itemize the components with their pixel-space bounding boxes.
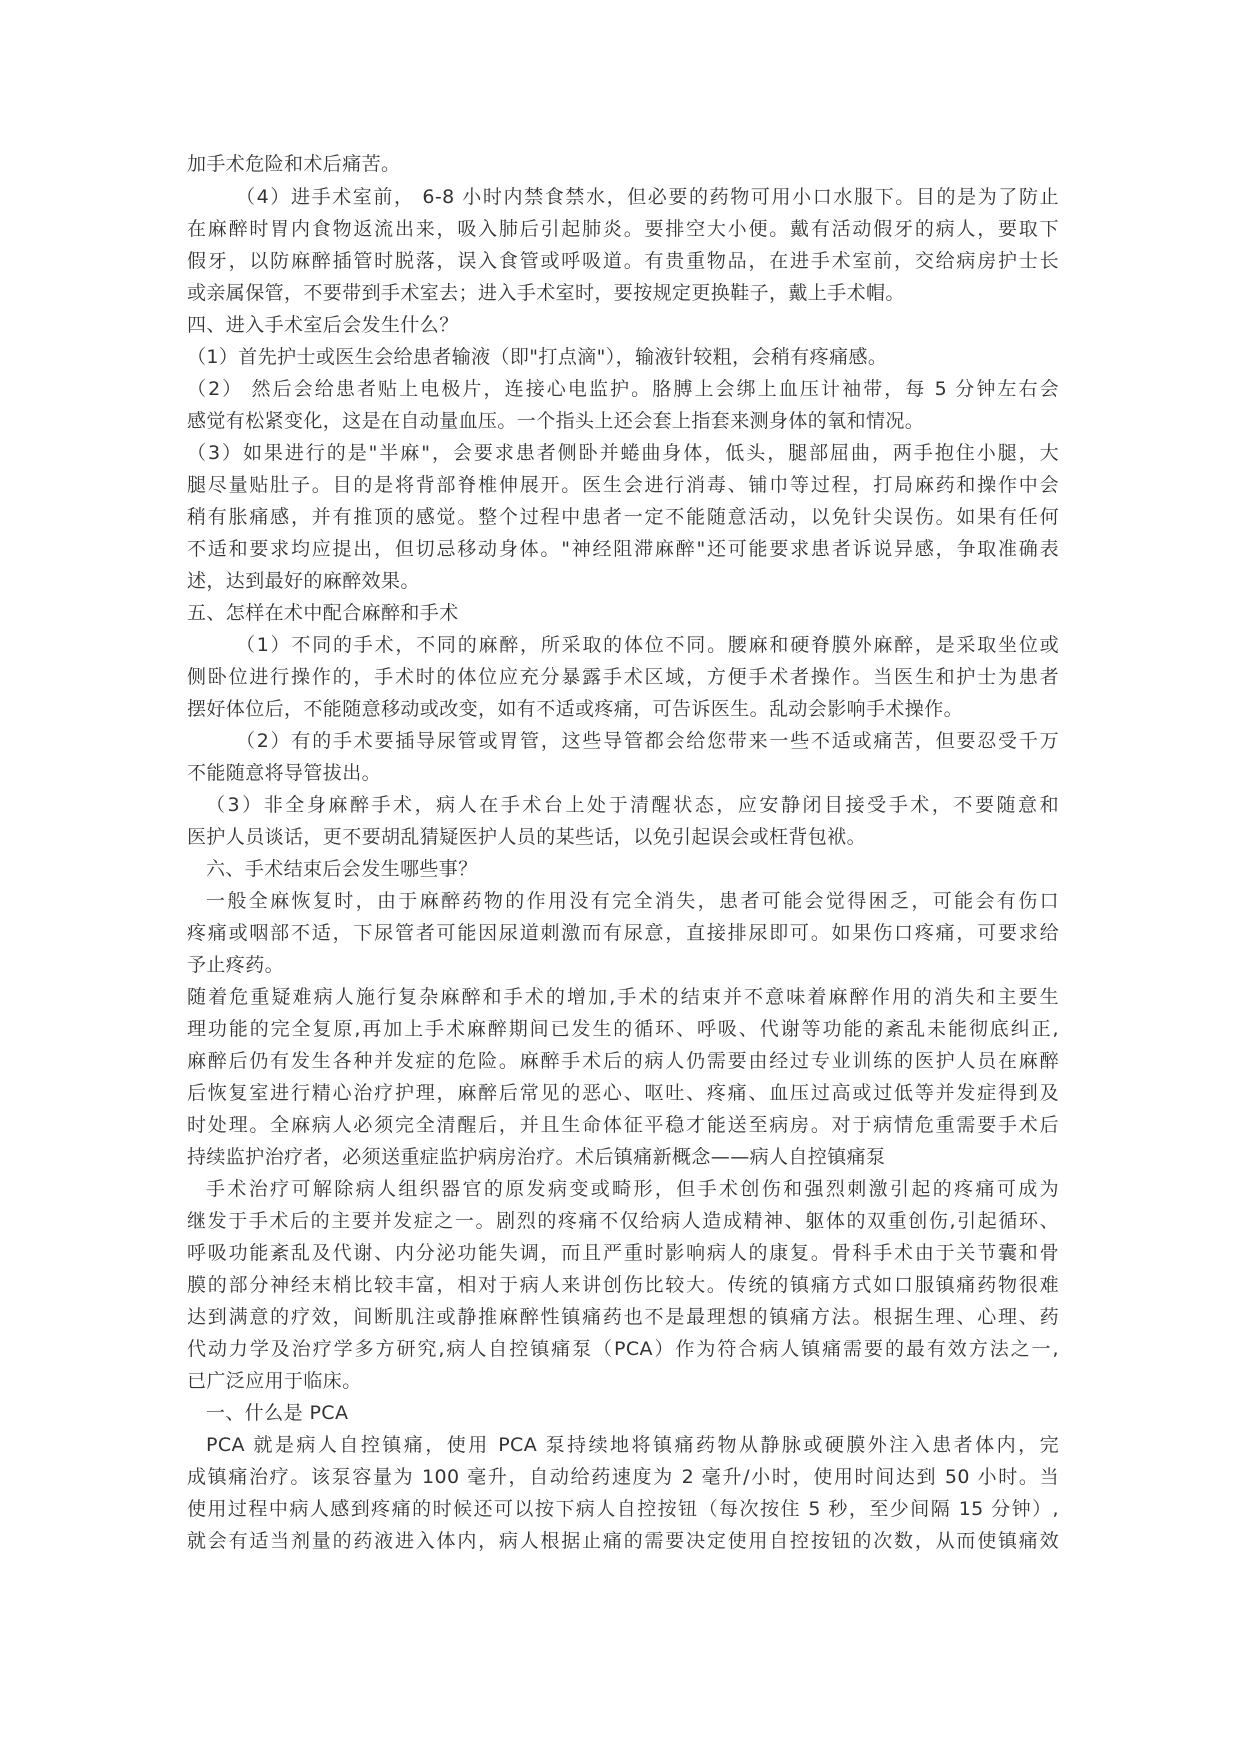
paragraph-line: 或亲属保管，不要带到手术室去；进入手术室时，要按规定更换鞋子，戴上手术帽。 (187, 277, 1059, 309)
paragraph-line: 不能随意将导管拔出。 (187, 757, 1059, 789)
paragraph-line: 已广泛应用于临床。 (187, 1365, 1059, 1397)
paragraph-line: 医护人员谈话，更不要胡乱猜疑医护人员的某些话，以免引起误会或枉背包袱。 (187, 821, 1059, 853)
paragraph-line: 腿尽量贴肚子。目的是将背部脊椎伸展开。医生会进行消毒、铺巾等过程，打局麻药和操作… (187, 469, 1059, 501)
paragraph-line: 成镇痛治疗。该泵容量为 100 毫升，自动给药速度为 2 毫升/小时，使用时间达… (187, 1461, 1059, 1493)
paragraph-line: 手术治疗可解除病人组织器官的原发病变或畸形，但手术创伤和强烈刺激引起的疼痛可成为 (206, 1173, 1059, 1205)
paragraph-line: 使用过程中病人感到疼痛的时候还可以按下病人自控按钮（每次按住 5 秒，至少间隔 … (187, 1493, 1059, 1525)
paragraph-line: 达到满意的疗效，间断肌注或静推麻醉性镇痛药也不是最理想的镇痛方法。根据生理、心理… (187, 1301, 1059, 1333)
paragraph-line: 摆好体位后，不能随意移动或改变，如有不适或疼痛，可告诉医生。乱动会影响手术操作。 (187, 693, 1059, 725)
paragraph-line: 继发于手术后的主要并发症之一。剧烈的疼痛不仅给病人造成精神、躯体的双重创伤,引起… (187, 1205, 1059, 1237)
paragraph-line: 就会有适当剂量的药液进入体内，病人根据止痛的需要决定使用自控按钮的次数，从而使镇… (187, 1525, 1059, 1557)
section-heading: 四、进入手术室后会发生什么？ (187, 309, 1059, 341)
paragraph-line: （2）有的手术要插导尿管或胃管，这些导管都会给您带来一些不适或痛苦，但要忍受千万 (236, 725, 1059, 757)
paragraph-line: （3）如果进行的是"半麻"，会要求患者侧卧并蜷曲身体，低头，腿部屈曲，两手抱住小… (187, 437, 1059, 469)
paragraph-line: 感觉有松紧变化，这是在自动量血压。一个指头上还会套上指套来测身体的氧和情况。 (187, 405, 1059, 437)
paragraph-line: 膜的部分神经末梢比较丰富，相对于病人来讲创伤比较大。传统的镇痛方式如口服镇痛药物… (187, 1269, 1059, 1301)
paragraph-line: 代动力学及治疗学多方研究,病人自控镇痛泵（PCA）作为符合病人镇痛需要的最有效方… (187, 1333, 1059, 1365)
paragraph-line: PCA 就是病人自控镇痛，使用 PCA 泵持续地将镇痛药物从静脉或硬膜外注入患者… (206, 1429, 1059, 1461)
paragraph-line: 持续监护治疗者，必须送重症监护病房治疗。术后镇痛新概念——病人自控镇痛泵 (187, 1141, 1059, 1173)
paragraph-line: （1）不同的手术，不同的麻醉，所采取的体位不同。腰麻和硬脊膜外麻醉，是采取坐位或 (236, 629, 1059, 661)
paragraph-line: 麻醉后仍有发生各种并发症的危险。麻醉手术后的病人仍需要由经过专业训练的医护人员在… (187, 1045, 1059, 1077)
paragraph-line: （3）非全身麻醉手术，病人在手术台上处于清醒状态，应安静闭目接受手术，不要随意和 (206, 789, 1059, 821)
paragraph-line: 呼吸功能紊乱及代谢、内分泌功能失调，而且严重时影响病人的康复。骨科手术由于关节囊… (187, 1237, 1059, 1269)
paragraph-line: 假牙，以防麻醉插管时脱落，误入食管或呼吸道。有贵重物品，在进手术室前，交给病房护… (187, 245, 1059, 277)
section-heading: 一、什么是 PCA (206, 1397, 1059, 1429)
section-heading: 六、手术结束后会发生哪些事？ (206, 853, 1059, 885)
paragraph-line: （4）进手术室前， 6-8 小时内禁食禁水，但必要的药物可用小口水服下。目的是为… (236, 181, 1059, 213)
paragraph-line: 侧卧位进行操作的，手术时的体位应充分暴露手术区域，方便手术者操作。当医生和护士为… (187, 661, 1059, 693)
paragraph-line: （1）首先护士或医生会给患者输液（即"打点滴"），输液针较粗，会稍有疼痛感。 (187, 341, 1059, 373)
paragraph-line: 在麻醉时胃内食物返流出来，吸入肺后引起肺炎。要排空大小便。戴有活动假牙的病人，要… (187, 213, 1059, 245)
paragraph-line: 后恢复室进行精心治疗护理，麻醉后常见的恶心、呕吐、疼痛、血压过高或过低等并发症得… (187, 1077, 1059, 1109)
paragraph-line: 稍有胀痛感，并有推顶的感觉。整个过程中患者一定不能随意活动，以免针尖误伤。如果有… (187, 501, 1059, 533)
paragraph-line: 疼痛或咽部不适，下尿管者可能因尿道刺激而有尿意，直接排尿即可。如果伤口疼痛，可要… (187, 917, 1059, 949)
paragraph-line: （2） 然后会给患者贴上电极片，连接心电监护。胳膊上会绑上血压计袖带，每 5 分… (187, 373, 1059, 405)
section-heading: 五、怎样在术中配合麻醉和手术 (187, 597, 1059, 629)
paragraph-line: 随着危重疑难病人施行复杂麻醉和手术的增加,手术的结束并不意味着麻醉作用的消失和主… (187, 981, 1059, 1013)
paragraph-line: 不适和要求均应提出，但切忌移动身体。"神经阻滞麻醉"还可能要求患者诉说异感，争取… (187, 533, 1059, 565)
paragraph-line: 时处理。全麻病人必须完全清醒后，并且生命体征平稳才能送至病房。对于病情危重需要手… (187, 1109, 1059, 1141)
paragraph-line: 一般全麻恢复时，由于麻醉药物的作用没有完全消失，患者可能会觉得困乏，可能会有伤口 (206, 885, 1059, 917)
paragraph-line: 予止疼药。 (187, 949, 1059, 981)
paragraph-line: 述，达到最好的麻醉效果。 (187, 565, 1059, 597)
paragraph-line: 加手术危险和术后痛苦。 (187, 148, 1059, 180)
document-page: 加手术危险和术后痛苦。 （4）进手术室前， 6-8 小时内禁食禁水，但必要的药物… (0, 0, 1241, 1754)
paragraph-line: 理功能的完全复原,再加上手术麻醉期间已发生的循环、呼吸、代谢等功能的紊乱未能彻底… (187, 1013, 1059, 1045)
